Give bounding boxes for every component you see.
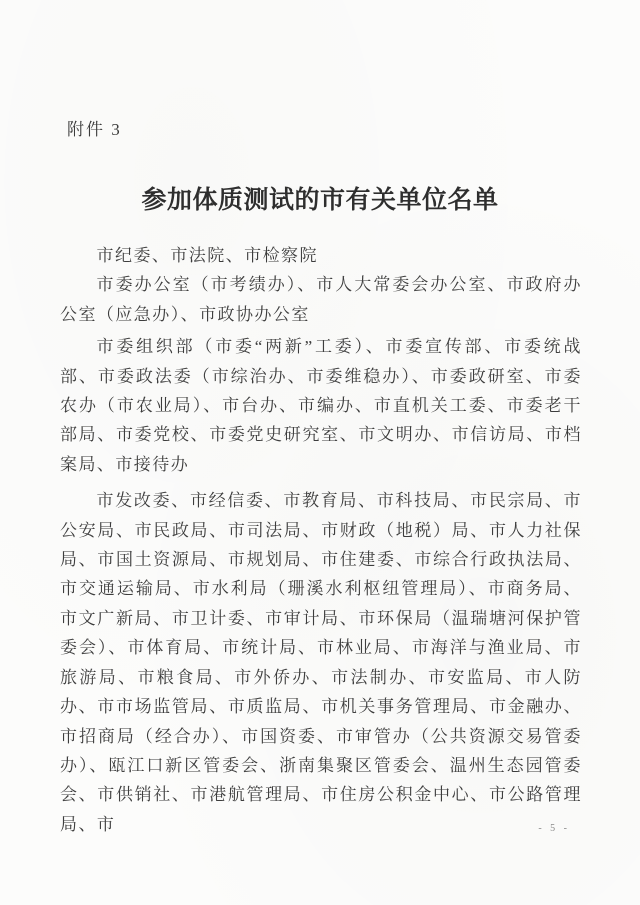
page-number: - 5 - [538,823,570,834]
scanned-document-page: 附件 3 参加体质测试的市有关单位名单 市纪委、市法院、市检察院 市委办公室（市… [0,0,640,905]
document-body: 市纪委、市法院、市检察院 市委办公室（市考绩办）、市人大常委会办公室、市政府办公… [60,241,582,839]
attachment-label: 附件 3 [67,115,122,140]
paragraph-general-offices: 市委办公室（市考绩办）、市人大常委会办公室、市政府办公室（应急办）、市政协办公室 [60,270,582,329]
paragraph-party-departments: 市委组织部（市委“两新”工委）、市委宣传部、市委统战部、市委政法委（市综治办、市… [60,332,582,479]
document-title: 参加体质测试的市有关单位名单 [0,180,640,216]
paragraph-government-bureaus: 市发改委、市经信委、市教育局、市科技局、市民宗局、市公安局、市民政局、市司法局、… [60,486,582,839]
paragraph-discipline-court: 市纪委、市法院、市检察院 [60,241,582,270]
